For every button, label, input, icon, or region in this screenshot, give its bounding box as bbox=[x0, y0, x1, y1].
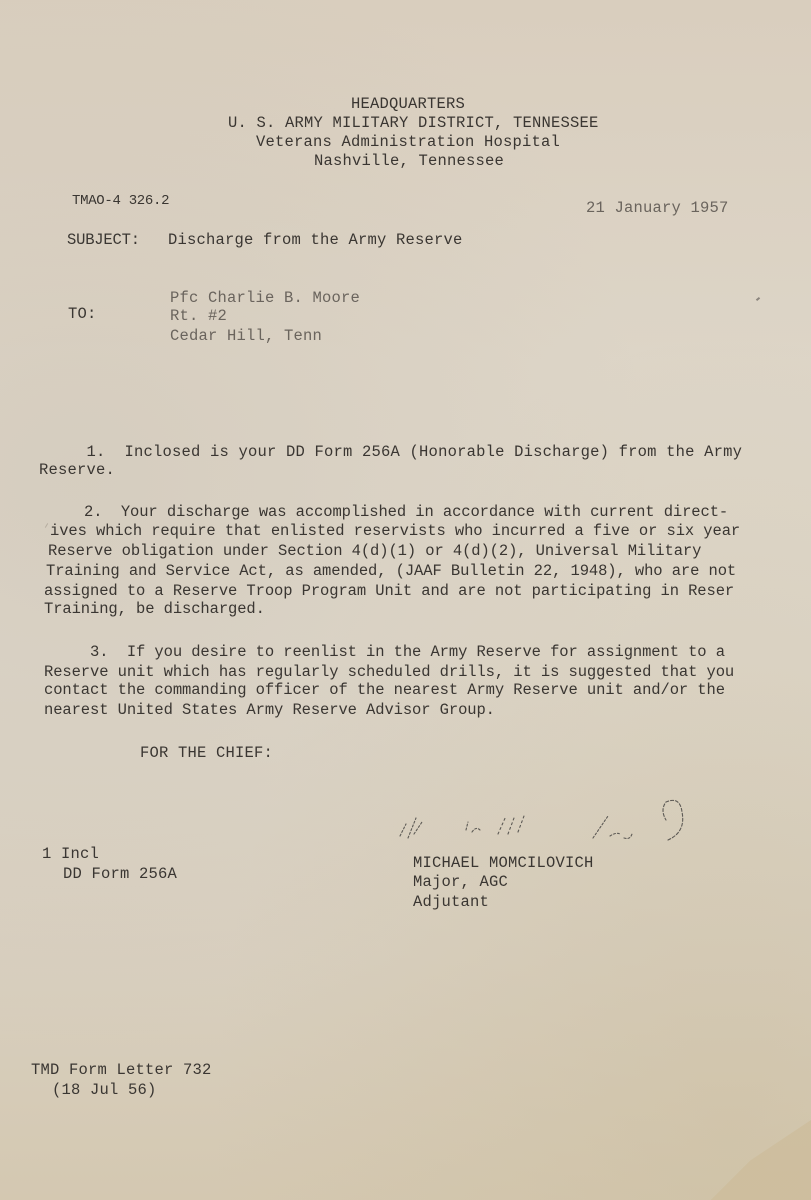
letterhead-city: Nashville, Tennessee bbox=[314, 152, 504, 171]
signer-name: MICHAEL MOMCILOVICH bbox=[413, 854, 594, 873]
enclosure-count: 1 Incl bbox=[42, 845, 99, 864]
form-number: TMD Form Letter 732 bbox=[31, 1061, 212, 1080]
page-corner-fold bbox=[691, 1120, 811, 1200]
paragraph-2-line-3: Reserve obligation under Section 4(d)(1)… bbox=[48, 542, 701, 561]
recipient-address-1: Rt. #2 bbox=[170, 307, 227, 326]
paragraph-3-line-4: nearest United States Army Reserve Advis… bbox=[44, 701, 495, 720]
paragraph-3-line-1: 3. If you desire to reenlist in the Army… bbox=[44, 643, 725, 662]
paragraph-1-line-2: Reserve. bbox=[39, 461, 115, 480]
signer-rank: Major, AGC bbox=[413, 873, 508, 892]
paragraph-1-line-1: 1. Inclosed is your DD Form 256A (Honora… bbox=[39, 443, 742, 462]
to-label: TO: bbox=[68, 305, 97, 324]
paragraph-2-line-2: ives which require that enlisted reservi… bbox=[50, 522, 740, 541]
signature-icon bbox=[388, 788, 708, 858]
enclosure-item: DD Form 256A bbox=[63, 865, 177, 884]
signer-title: Adjutant bbox=[413, 893, 489, 912]
paragraph-2-line-6: Training, be discharged. bbox=[44, 600, 265, 619]
paragraph-2-line-4: Training and Service Act, as amended, (J… bbox=[46, 562, 736, 581]
for-the-chief: FOR THE CHIEF: bbox=[140, 744, 273, 763]
file-code: TMAO-4 326.2 bbox=[72, 192, 169, 211]
stray-mark bbox=[756, 297, 760, 301]
letter-date: 21 January 1957 bbox=[586, 199, 729, 218]
paragraph-2-line-5: assigned to a Reserve Troop Program Unit… bbox=[44, 582, 734, 601]
stray-mark bbox=[45, 523, 48, 528]
letterhead-district: U. S. ARMY MILITARY DISTRICT, TENNESSEE bbox=[228, 114, 599, 133]
subject-text: Discharge from the Army Reserve bbox=[168, 231, 463, 250]
letterhead-hospital: Veterans Administration Hospital bbox=[256, 133, 560, 152]
paragraph-2-line-1: 2. Your discharge was accomplished in ac… bbox=[38, 503, 728, 522]
paragraph-3-line-2: Reserve unit which has regularly schedul… bbox=[44, 663, 734, 682]
form-date: (18 Jul 56) bbox=[52, 1081, 157, 1100]
recipient-name: Pfc Charlie B. Moore bbox=[170, 289, 360, 308]
subject-label: SUBJECT: bbox=[67, 231, 140, 250]
paragraph-3-line-3: contact the commanding officer of the ne… bbox=[44, 681, 725, 700]
recipient-address-2: Cedar Hill, Tenn bbox=[170, 327, 322, 346]
letterhead-headquarters: HEADQUARTERS bbox=[351, 95, 465, 114]
